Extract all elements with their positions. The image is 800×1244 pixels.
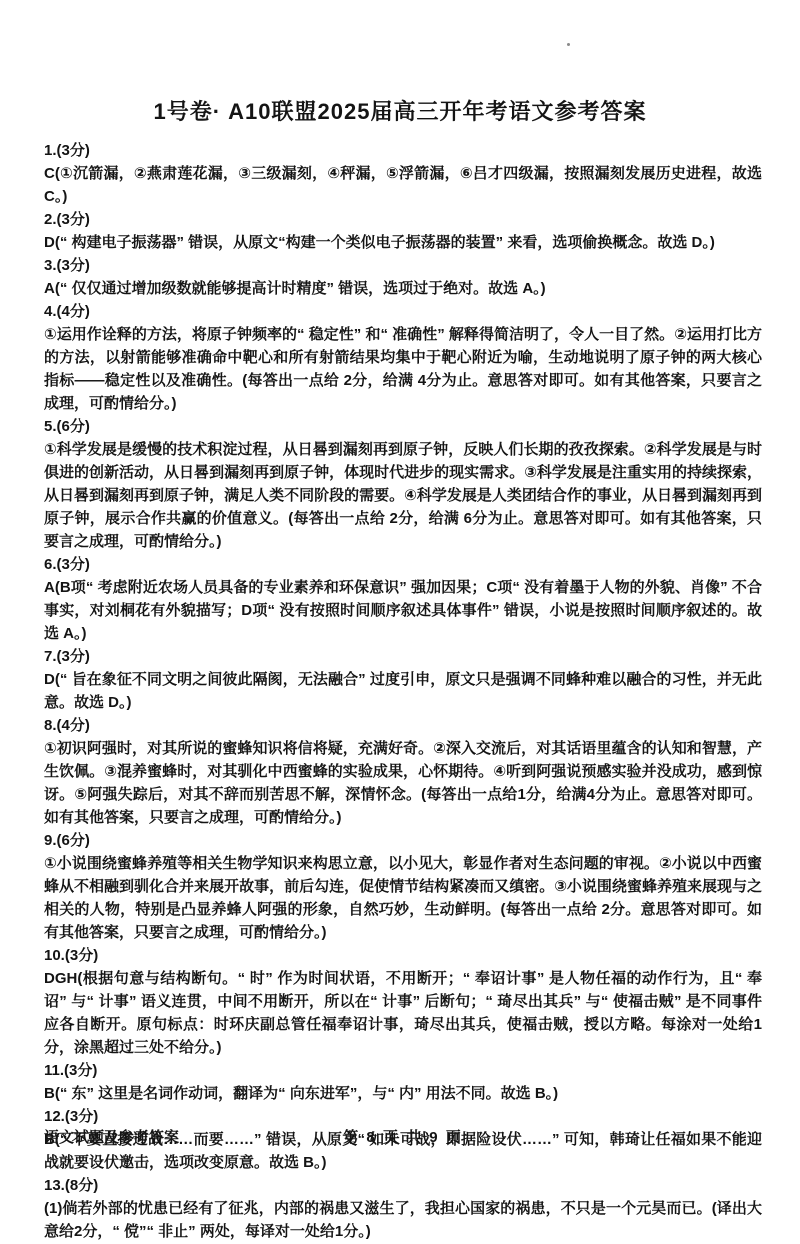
question-block-10: 10.(3分) DGH(根据句意与结构断句。“ 时” 作为时间状语，不用断开；“…	[44, 944, 762, 1059]
question-block-8: 8.(4分) ①初识阿强时，对其所说的蜜蜂知识将信将疑，充满好奇。②深入交流后，…	[44, 714, 762, 829]
question-number: 3.(3分)	[44, 254, 762, 277]
question-block-6: 6.(3分) A(B项“ 考虑附近农场人员具备的专业素养和环保意识” 强加因果；…	[44, 553, 762, 645]
question-block-11: 11.(3分) B(“ 东” 这里是名词作动词，翻译为“ 向东进军”，与“ 内”…	[44, 1059, 762, 1105]
question-block-1: 1.(3分) C(①沉箭漏，②燕肃莲花漏，③三级漏刻，④秤漏，⑤浮箭漏，⑥吕才四…	[44, 139, 762, 208]
answer-text: DGH(根据句意与结构断句。“ 时” 作为时间状语，不用断开；“ 奉诏计事” 是…	[44, 967, 762, 1059]
question-block-13: 13.(8分) (1)倘若外部的忧患已经有了征兆，内部的祸患又滋生了，我担心国家…	[44, 1174, 762, 1243]
question-block-2: 2.(3分) D(“ 构建电子振荡器” 错误，从原文“构建一个类似电子振荡器的装…	[44, 208, 762, 254]
document-page: 1号卷· A10联盟2025届高三开年考语文参考答案 1.(3分) C(①沉箭漏…	[0, 0, 800, 1244]
question-block-4: 4.(4分) ①运用作诠释的方法，将原子钟频率的“ 稳定性” 和“ 准确性” 解…	[44, 300, 762, 415]
question-number: 13.(8分)	[44, 1174, 762, 1197]
question-block-3: 3.(3分) A(“ 仅仅通过增加级数就能够提高计时精度” 错误，选项过于绝对。…	[44, 254, 762, 300]
answer-text: ①运用作诠释的方法，将原子钟频率的“ 稳定性” 和“ 准确性” 解释得简洁明了，…	[44, 323, 762, 415]
question-number: 1.(3分)	[44, 139, 762, 162]
question-number: 9.(6分)	[44, 829, 762, 852]
answer-text: B(“ 东” 这里是名词作动词，翻译为“ 向东进军”，与“ 内” 用法不同。故选…	[44, 1082, 762, 1105]
answers-body: 1.(3分) C(①沉箭漏，②燕肃莲花漏，③三级漏刻，④秤漏，⑤浮箭漏，⑥吕才四…	[44, 139, 762, 1243]
question-number: 6.(3分)	[44, 553, 762, 576]
question-number: 10.(3分)	[44, 944, 762, 967]
page-footer: 语文试题及参考答案 第 8 页 共 9 页	[44, 1126, 762, 1146]
page-title: 1号卷· A10联盟2025届高三开年考语文参考答案	[0, 15, 800, 125]
question-block-5: 5.(6分) ①科学发展是缓慢的技术积淀过程，从日晷到漏刻再到原子钟，反映人们长…	[44, 415, 762, 553]
answer-text: (1)倘若外部的忧患已经有了征兆，内部的祸患又滋生了，我担心国家的祸患，不只是一…	[44, 1197, 762, 1243]
question-number: 8.(4分)	[44, 714, 762, 737]
answer-text: ①科学发展是缓慢的技术积淀过程，从日晷到漏刻再到原子钟，反映人们长期的孜孜探索。…	[44, 438, 762, 553]
question-number: 4.(4分)	[44, 300, 762, 323]
answer-text: ①初识阿强时，对其所说的蜜蜂知识将信将疑，充满好奇。②深入交流后，对其话语里蕴含…	[44, 737, 762, 829]
answer-text: C(①沉箭漏，②燕肃莲花漏，③三级漏刻，④秤漏，⑤浮箭漏，⑥吕才四级漏，按照漏刻…	[44, 162, 762, 208]
answer-text: A(“ 仅仅通过增加级数就能够提高计时精度” 错误，选项过于绝对。故选 A。)	[44, 277, 762, 300]
answer-text: A(B项“ 考虑附近农场人员具备的专业素养和环保意识” 强加因果；C项“ 没有着…	[44, 576, 762, 645]
answer-text: D(“ 旨在象征不同文明之间彼此隔阂，无法融合” 过度引申，原文只是强调不同蜂种…	[44, 668, 762, 714]
footer-page-number: 第 8 页 共 9 页	[44, 1126, 762, 1147]
answer-text: ①小说围绕蜜蜂养殖等相关生物学知识来构思立意，以小见大，彰显作者对生态问题的审视…	[44, 852, 762, 944]
question-block-9: 9.(6分) ①小说围绕蜜蜂养殖等相关生物学知识来构思立意，以小见大，彰显作者对…	[44, 829, 762, 944]
scan-artifact-dot	[567, 43, 570, 46]
answer-text: D(“ 构建电子振荡器” 错误，从原文“构建一个类似电子振荡器的装置” 来看，选…	[44, 231, 762, 254]
question-number: 2.(3分)	[44, 208, 762, 231]
question-number: 11.(3分)	[44, 1059, 762, 1082]
question-number: 7.(3分)	[44, 645, 762, 668]
question-block-7: 7.(3分) D(“ 旨在象征不同文明之间彼此隔阂，无法融合” 过度引申，原文只…	[44, 645, 762, 714]
question-number: 5.(6分)	[44, 415, 762, 438]
